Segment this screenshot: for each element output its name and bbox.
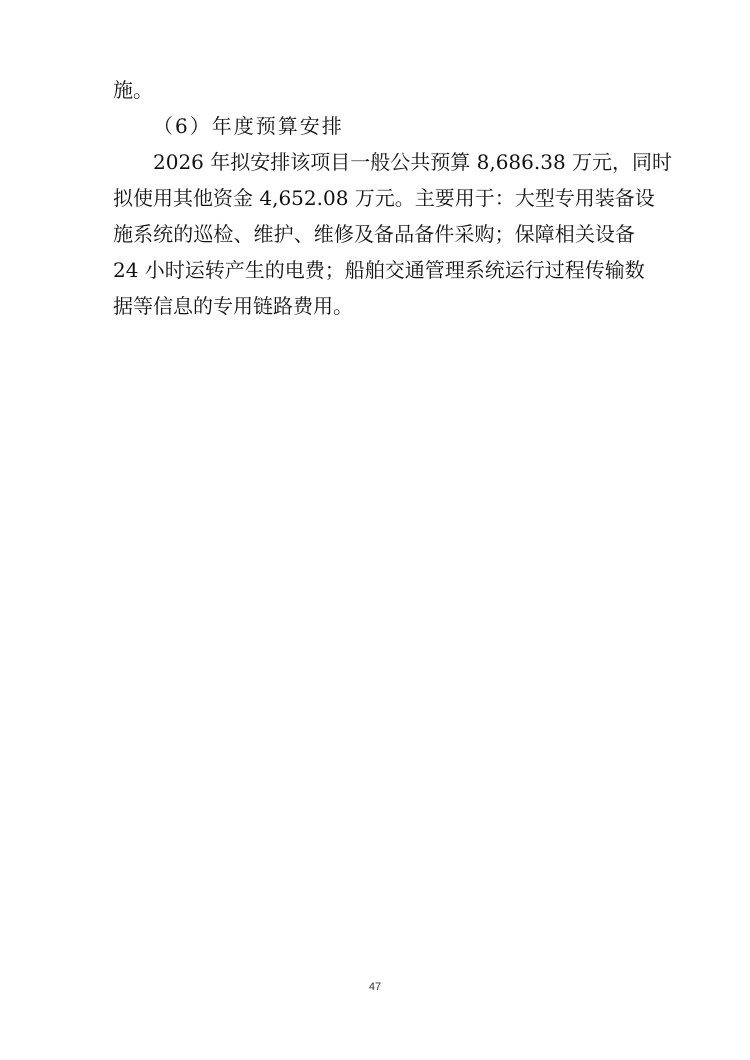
paragraph-line: 据等信息的专用链路费用。: [113, 288, 635, 324]
document-page: 施。 （6）年度预算安排 2026 年拟安排该项目一般公共预算 8,686.38…: [0, 0, 750, 1060]
paragraph-line: 施系统的巡检、维护、维修及备品备件采购；保障相关设备: [113, 216, 635, 252]
paragraph-line: 2026 年拟安排该项目一般公共预算 8,686.38 万元，同时: [113, 144, 635, 180]
paragraph-line: 拟使用其他资金 4,652.08 万元。主要用于：大型专用装备设: [113, 180, 635, 216]
page-content: 施。 （6）年度预算安排 2026 年拟安排该项目一般公共预算 8,686.38…: [113, 72, 635, 324]
paragraph-line: 24 小时运转产生的电费；船舶交通管理系统运行过程传输数: [113, 252, 635, 288]
page-number: 47: [0, 981, 750, 993]
continuation-text: 施。: [113, 72, 635, 108]
section-heading: （6）年度预算安排: [113, 108, 635, 144]
budget-paragraph: 2026 年拟安排该项目一般公共预算 8,686.38 万元，同时 拟使用其他资…: [113, 144, 635, 324]
